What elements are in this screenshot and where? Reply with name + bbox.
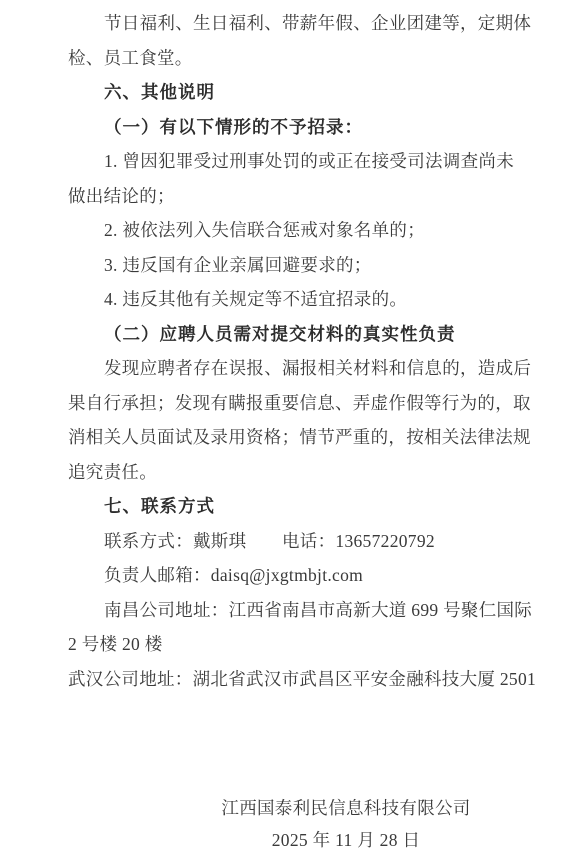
disqualify-item-1-line-1: 1. 曾因犯罪受过刑事处罚的或正在接受司法调查尚未 [68,144,536,179]
authenticity-paragraph-line-4: 追究责任。 [68,455,536,490]
disqualify-item-3: 3. 违反国有企业亲属回避要求的； [68,248,536,283]
disqualify-item-1-line-2: 做出结论的； [68,179,536,214]
authenticity-paragraph-line-3: 消相关人员面试及录用资格；情节严重的，按相关法律法规 [68,420,536,455]
welfare-paragraph-line-2: 检、员工食堂。 [68,41,536,76]
section-six-sub-two-heading: （二）应聘人员需对提交材料的真实性负责 [68,317,536,352]
section-six-sub-one-heading: （一）有以下情形的不予招录： [68,110,536,145]
disqualify-item-4: 4. 违反其他有关规定等不适宜招录的。 [68,282,536,317]
authenticity-paragraph-line-1: 发现应聘者存在误报、漏报相关材料和信息的，造成后 [68,351,536,386]
section-seven-heading: 七、联系方式 [68,489,536,524]
signature-company-name: 江西国泰利民信息科技有限公司 [216,792,476,824]
welfare-paragraph-line-1: 节日福利、生日福利、带薪年假、企业团建等，定期体 [68,6,536,41]
nanchang-address-line-2: 2 号楼 20 楼 [68,627,536,662]
document-body: 节日福利、生日福利、带薪年假、企业团建等，定期体 检、员工食堂。 六、其他说明 … [0,0,584,856]
section-six-heading: 六、其他说明 [68,75,536,110]
disqualify-item-2: 2. 被依法列入失信联合惩戒对象名单的； [68,213,536,248]
contact-email-line: 负责人邮箱：daisq@jxgtmbjt.com [68,558,536,593]
authenticity-paragraph-line-2: 果自行承担；发现有瞒报重要信息、弄虚作假等行为的，取 [68,386,536,421]
nanchang-address-line-1: 南昌公司地址：江西省南昌市高新大道 699 号聚仁国际 [68,593,536,628]
contact-person-phone-line: 联系方式：戴斯琪 电话：13657220792 [68,524,536,559]
document-page: 节日福利、生日福利、带薪年假、企业团建等，定期体 检、员工食堂。 六、其他说明 … [0,0,584,862]
wuhan-address-line: 武汉公司地址：湖北省武汉市武昌区平安金融科技大厦 2501 [68,662,536,697]
signature-date: 2025 年 11 月 28 日 [216,824,476,856]
signature-block: 江西国泰利民信息科技有限公司 2025 年 11 月 28 日 [216,792,476,856]
